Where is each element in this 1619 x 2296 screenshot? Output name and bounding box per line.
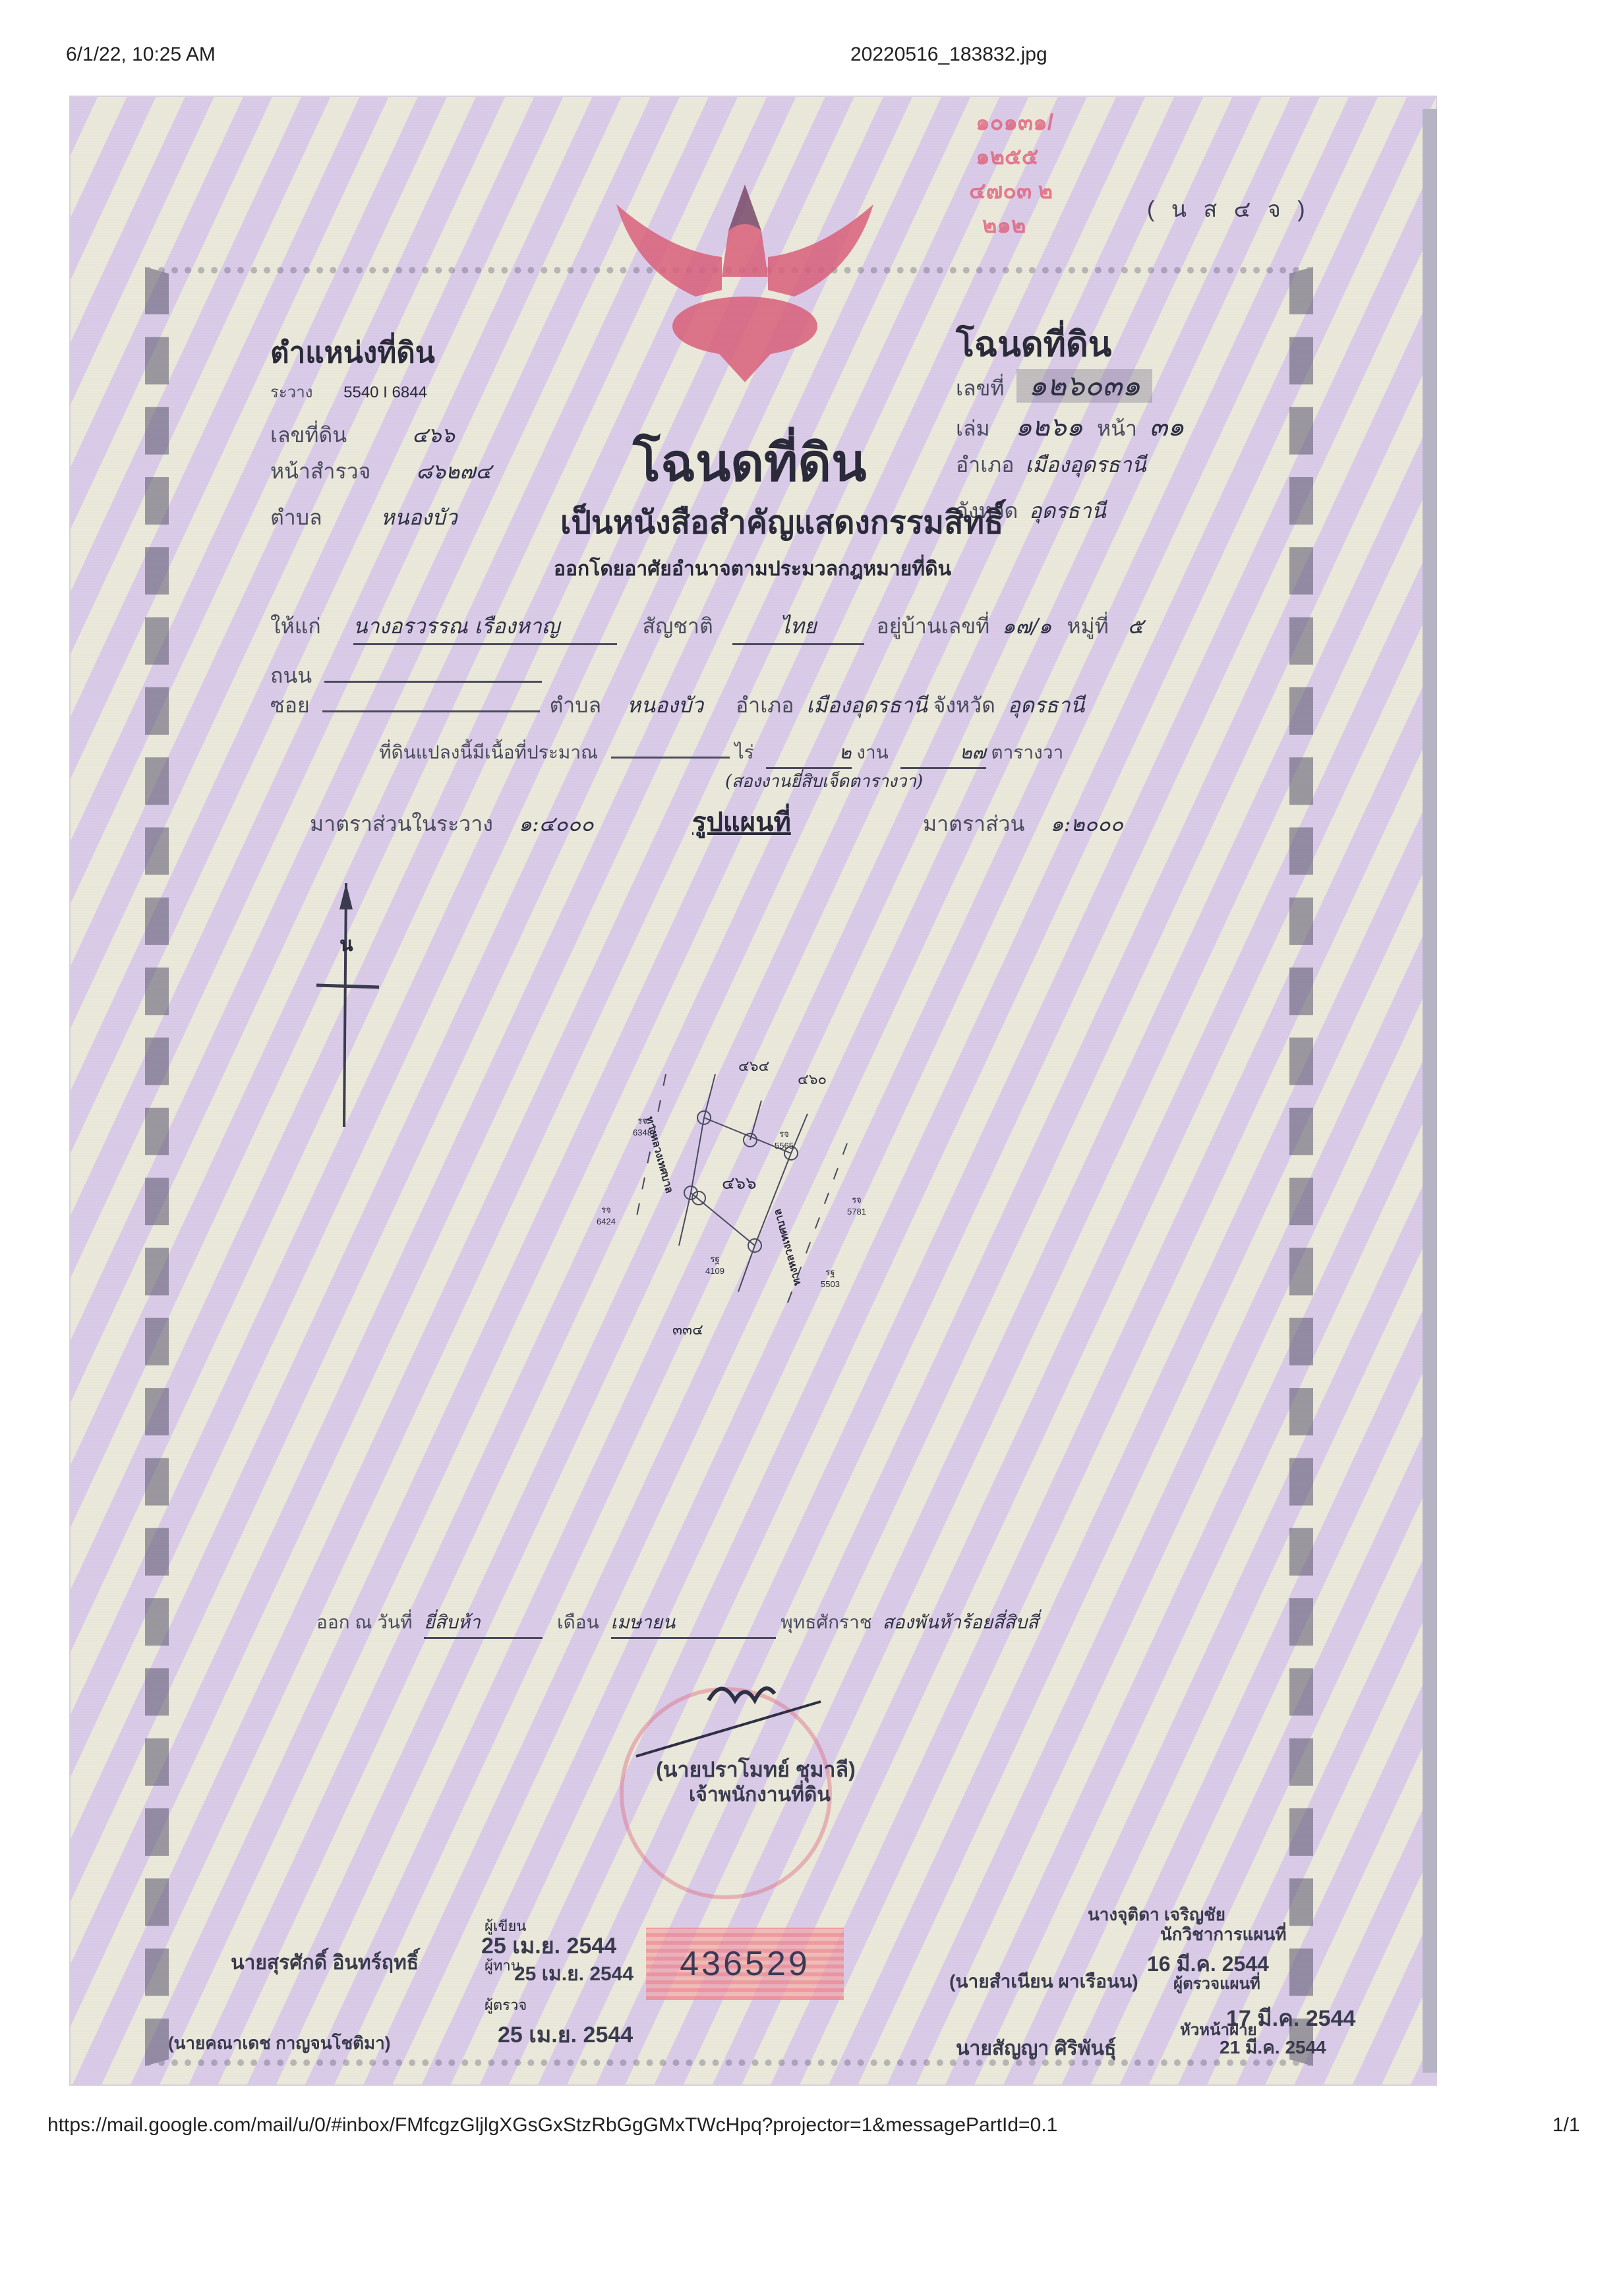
area-row: ที่ดินแปลงนี้มีเนื้อที่ประมาณ ไร่ ๒ งาน … <box>379 738 1063 769</box>
owner-district: เมืองอุดรธานี <box>806 693 927 718</box>
bottom-right-name-3: นายสัญญา ศิริพันธุ์ <box>956 2033 1116 2064</box>
alley-value <box>322 710 540 712</box>
issued-month: เมษายน <box>611 1608 776 1639</box>
bottom-left-stamp-name: นายสุรศักดิ์ อินทร์ฤทธิ์ <box>231 1947 419 1978</box>
garuda-emblem-icon <box>597 178 893 389</box>
print-timestamp: 6/1/22, 10:25 AM <box>66 43 216 66</box>
diagram-scale-row: มาตราส่วน ๑:๒๐๐๐ <box>923 807 1123 841</box>
boundary-marker-label: รจ6424 <box>597 1203 616 1226</box>
owner-house-no: ๑๗/๑ <box>1002 614 1051 639</box>
survey-page-row: หน้าสำรวจ ๘๖๒๗๔ <box>270 455 492 488</box>
deed-district-row: อำเภอ เมืองอุดรธานี <box>956 448 1146 482</box>
bottom-right-name-2: (นายสำเนียน ผาเรือนน) <box>949 1967 1138 1996</box>
deed-district-value: เมืองอุดรธานี <box>1025 452 1146 477</box>
diagram-scale-value: ๑:๒๐๐๐ <box>1050 811 1123 836</box>
issued-day: ยี่สิบห้า <box>424 1608 543 1639</box>
document-title: โฉนดที่ดิน <box>633 422 866 503</box>
owner-row: ให้แก่ นางอรวรรณ เรืองหาญ สัญชาติ ไทย อย… <box>270 610 1144 645</box>
alley-address-row: ซอย ตำบล หนองบัว อำเภอ เมืองอุดรธานี จัง… <box>270 689 1084 722</box>
map-sheet-row: ระวาง 5540 I 6844 <box>270 379 427 405</box>
inspector-date: 25 เม.ย. 2544 <box>498 2017 633 2052</box>
parcel-boundary-diagram <box>580 1028 883 1371</box>
boundary-marker-label: รฐ5503 <box>821 1265 840 1289</box>
map-scale-row: มาตราส่วนในระวาง ๑:๔๐๐๐ <box>310 807 594 841</box>
boundary-marker-label: รจ5565 <box>775 1127 794 1151</box>
owner-village-no: ๕ <box>1128 614 1144 639</box>
owner-subdistrict: หนองบัว <box>627 693 703 718</box>
registration-stamp-top: ๑๐๑๓๑/ ๑๒๕๕ ๔๗๐๓ ๒ ๒๑๒ <box>897 105 1114 257</box>
print-url: https://mail.google.com/mail/u/0/#inbox/… <box>47 2114 1057 2137</box>
document-subtitle: เป็นหนังสือสำคัญแสดงกรรมสิทธิ์ <box>560 498 1003 548</box>
owner-name: นางอรวรรณ เรืองหาญ <box>353 610 617 645</box>
area-rai-value <box>611 757 730 759</box>
center-parcel-label: ๔๖๖ <box>722 1170 757 1197</box>
form-code: ( น ส ๔ จ ) <box>1147 191 1310 227</box>
parcel-map: ๔๖๖ ๔๖๔ ๔๖๐ ๓๓๔ รจ6348 รจ5565 รจ5781 รจ6… <box>580 1028 883 1371</box>
parcel-no-value: ๔๖๖ <box>412 422 455 447</box>
road-value <box>324 681 542 683</box>
neighbor-parcel-label: ๓๓๔ <box>672 1318 703 1341</box>
officer-title: เจ้าพนักงานที่ดิน <box>689 1779 831 1810</box>
parcel-no-row: เลขที่ดิน ๔๖๖ <box>270 418 455 452</box>
diagram-heading: รูปแผนที่ <box>692 801 791 843</box>
boundary-marker-label: รฐ4109 <box>705 1252 724 1276</box>
scan-edge <box>1423 109 1437 2073</box>
map-sheet-value: 5540 I 6844 <box>343 384 427 401</box>
north-label: น <box>339 929 353 960</box>
map-scale-value: ๑:๔๐๐๐ <box>519 811 594 836</box>
deed-number-row: เลขที่ ๑๒๖๐๓๑ <box>956 362 1152 409</box>
owner-province: อุดรธานี <box>1008 693 1085 718</box>
bottom-right-date-3: 21 มี.ค. 2544 <box>1220 2033 1326 2062</box>
issue-authority-note: ออกโดยอาศัยอำนาจตามประมวลกฎหมายที่ดิน <box>554 554 951 585</box>
neighbor-parcel-label: ๔๖๔ <box>738 1054 769 1077</box>
deed-book-row: เล่ม ๑๒๖๑ หน้า ๓๑ <box>956 405 1185 447</box>
deed-number-value: ๑๒๖๐๓๑ <box>1016 369 1152 403</box>
bottom-left-bracket-name: (นายคณาเดช กาญจนโชติมา) <box>168 2030 390 2057</box>
officer-signature-icon <box>623 1674 840 1760</box>
north-arrow-icon <box>310 876 382 1140</box>
issued-year: สองพันห้าร้อยสี่สิบสี่ <box>883 1611 1039 1633</box>
area-wa-value: ๒๗ <box>900 738 986 769</box>
area-ngan-value: ๒ <box>766 738 852 769</box>
owner-nationality: ไทย <box>732 610 864 645</box>
deed-book-value: ๑๒๖๑ <box>1016 412 1084 442</box>
bottom-right-role-2: ผู้ตรวจแผนที่ <box>1173 1970 1260 1996</box>
deed-serial-number: 436529 <box>646 1928 844 2000</box>
area-in-words: (สองงานยี่สิบเจ็ดตารางวา) <box>725 768 923 795</box>
location-subdistrict-value: หนองบัว <box>381 505 457 530</box>
print-page-number: 1/1 <box>1552 2114 1580 2137</box>
print-filename: 20220516_183832.jpg <box>850 43 1047 66</box>
bottom-right-role-1: นักวิชาการแผนที่ <box>1160 1921 1287 1948</box>
road-row: ถนน <box>270 659 542 693</box>
inspector-label: ผู้ตรวจ <box>485 1994 527 2017</box>
neighbor-parcel-label: ๔๖๐ <box>798 1068 827 1091</box>
location-subdistrict-row: ตำบล หนองบัว <box>270 501 457 534</box>
boundary-marker-label: รจ5781 <box>847 1193 866 1217</box>
issued-date-row: ออก ณ วันที่ ยี่สิบห้า เดือน เมษายน พุทธ… <box>316 1608 1038 1639</box>
location-section-title: ตำแหน่งที่ดิน <box>270 330 435 376</box>
drafter-date: 25 เม.ย. 2544 <box>514 1959 633 1990</box>
deed-page-value: ๓๑ <box>1150 412 1185 442</box>
survey-page-value: ๘๖๒๗๔ <box>416 459 491 484</box>
deed-province-value: อุดรธานี <box>1029 498 1106 523</box>
